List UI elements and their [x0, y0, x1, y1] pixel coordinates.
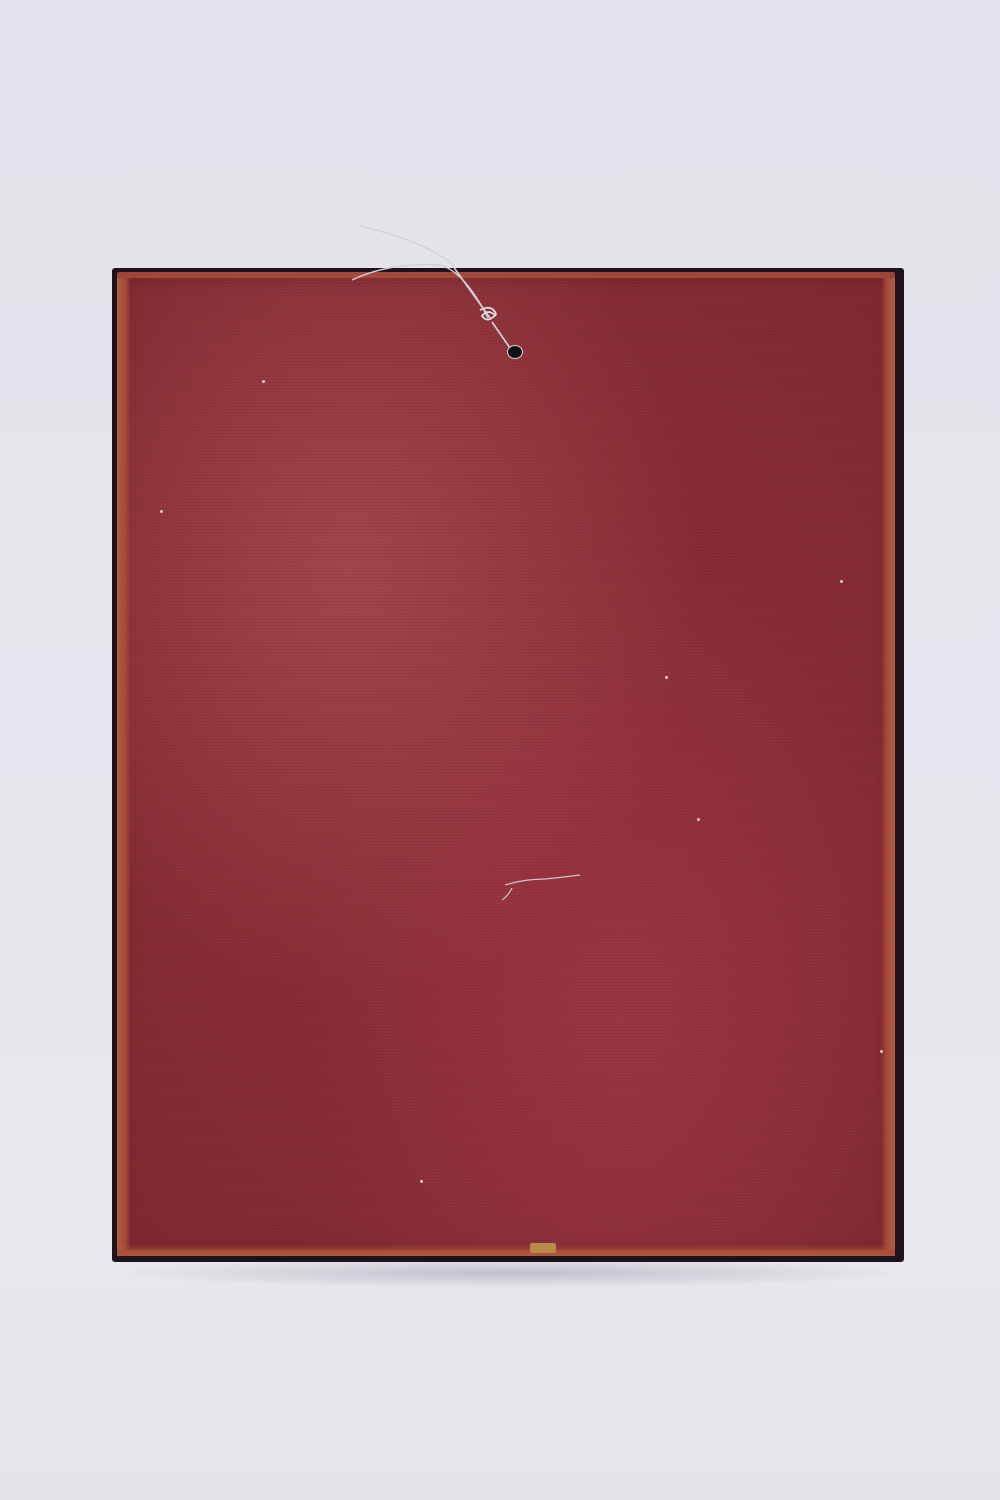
lint-speck — [420, 1180, 423, 1183]
worn-right-edge — [881, 278, 895, 1250]
lint-speck — [840, 580, 843, 583]
lint-speck — [262, 380, 265, 383]
brass-tab — [530, 1243, 556, 1253]
velvet-panel — [117, 272, 895, 1256]
object-shadow — [110, 1258, 910, 1288]
lint-speck — [160, 510, 163, 513]
lint-speck — [880, 1050, 883, 1053]
lint-speck — [697, 818, 700, 821]
worn-left-edge — [117, 278, 131, 1250]
hanger-hole — [507, 345, 523, 359]
worn-bottom-edge — [117, 1244, 895, 1256]
lint-speck — [665, 676, 668, 679]
